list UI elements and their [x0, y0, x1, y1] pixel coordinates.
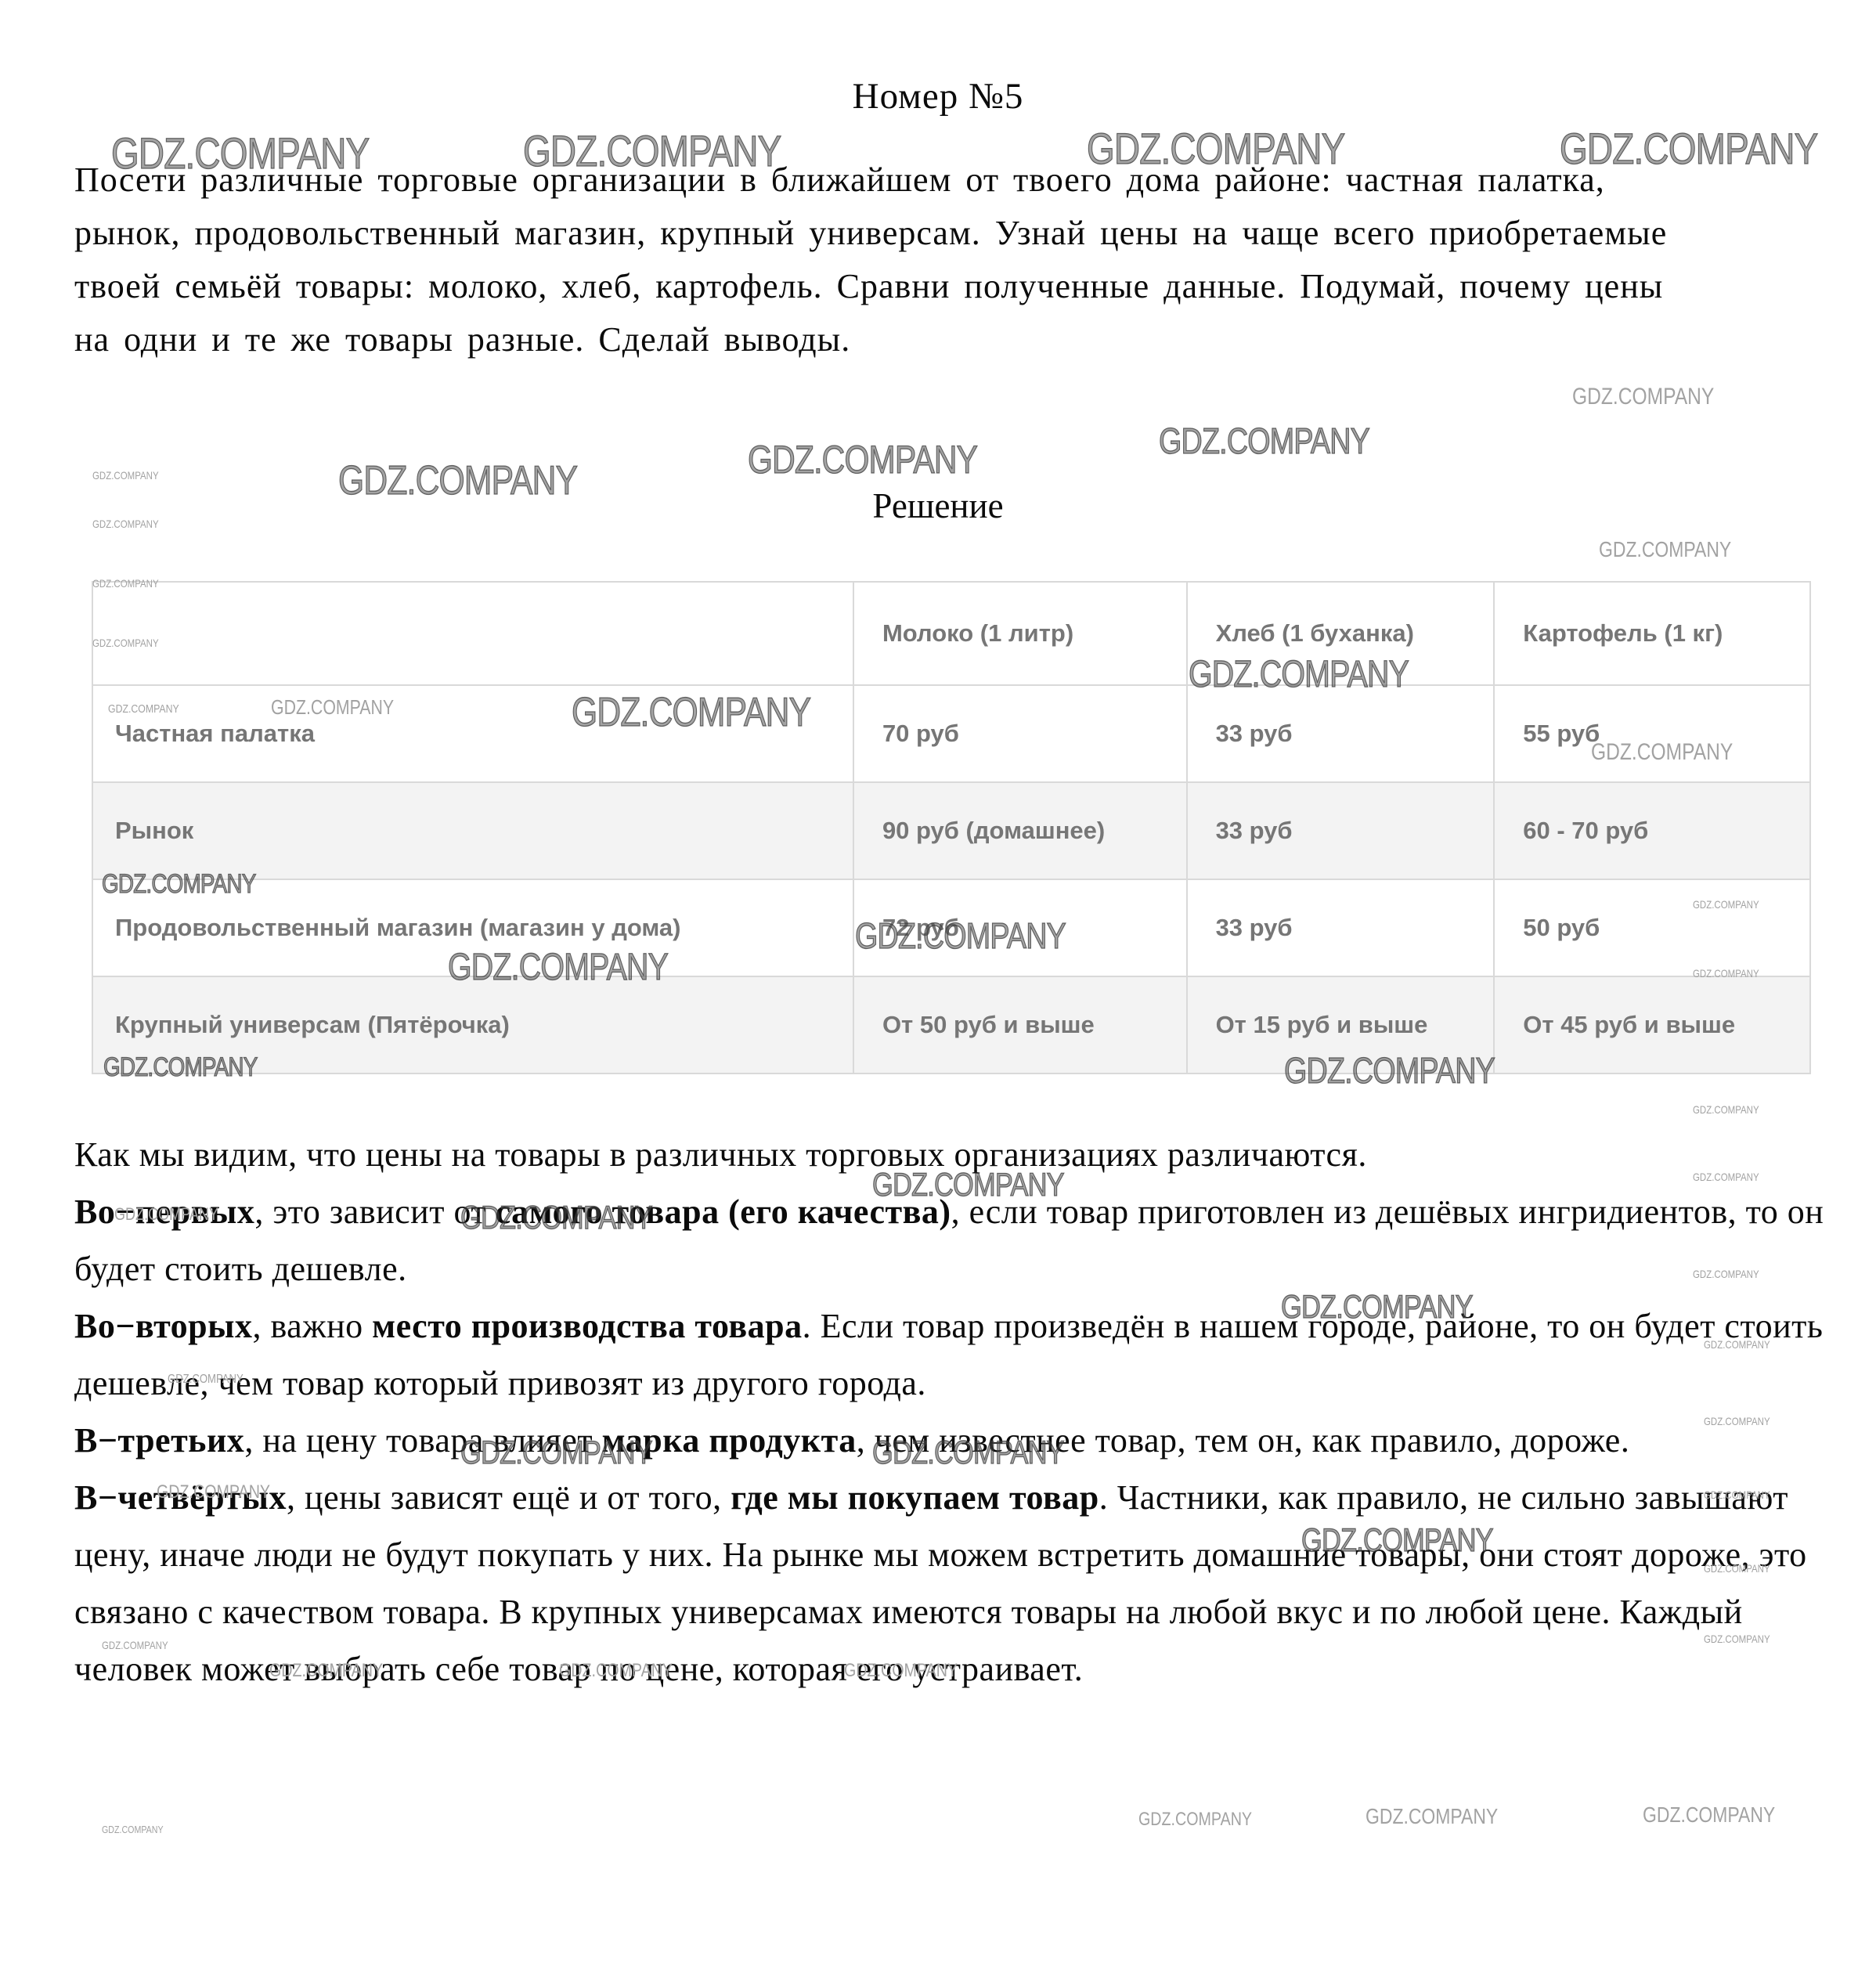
price-cell: От 15 руб и выше [1187, 976, 1495, 1074]
watermark: GDZ.COMPANY [1599, 539, 1731, 561]
row-label: Крупный универсам (Пятёрочка) [92, 976, 853, 1074]
row-label: Рынок [92, 782, 853, 879]
document-page: GDZ.COMPANYGDZ.COMPANYGDZ.COMPANYGDZ.COM… [0, 0, 1876, 1963]
bold-text-run: место производства товара [372, 1307, 802, 1345]
price-cell: 70 руб [853, 685, 1187, 782]
watermark: GDZ.COMPANY [1159, 423, 1369, 459]
watermark: GDZ.COMPANY [102, 1824, 164, 1835]
conclusion-paragraph: Во−вторых, важно место производства това… [74, 1297, 1832, 1412]
watermark: GDZ.COMPANY [1138, 1810, 1252, 1829]
column-header: Хлеб (1 буханка) [1187, 582, 1495, 685]
price-cell: 50 руб [1494, 879, 1810, 976]
price-cell: 90 руб (домашнее) [853, 782, 1187, 879]
text-run: , чем известнее товар, тем он, как прави… [857, 1421, 1630, 1460]
conclusion-paragraph: В−четвёртых, цены зависят ещё и от того,… [74, 1469, 1832, 1698]
watermark: GDZ.COMPANY [1366, 1806, 1498, 1828]
bold-text-run: В−четвёртых [74, 1478, 287, 1517]
price-cell: 60 - 70 руб [1494, 782, 1810, 879]
price-table: Молоко (1 литр)Хлеб (1 буханка)Картофель… [92, 581, 1811, 1074]
bold-text-run: Во−вторых [74, 1307, 252, 1345]
text-run: , это зависит от [254, 1193, 495, 1231]
price-cell: От 50 руб и выше [853, 976, 1187, 1074]
task-text: Посети различные торговые организации в … [74, 153, 1676, 366]
price-cell: 33 руб [1187, 685, 1495, 782]
watermark: GDZ.COMPANY [748, 440, 977, 479]
row-label: Продовольственный магазин (магазин у дом… [92, 879, 853, 976]
table-row: Частная палатка70 руб33 руб55 руб [92, 685, 1810, 782]
bold-text-run: В−третьих [74, 1421, 244, 1460]
watermark: GDZ.COMPANY [1693, 1104, 1759, 1115]
price-cell: 33 руб [1187, 879, 1495, 976]
text-run: Как мы видим, что цены на товары в разли… [74, 1135, 1367, 1174]
bold-text-run: самого товара (его качества) [496, 1193, 951, 1231]
text-run: , важно [252, 1307, 372, 1345]
watermark: GDZ.COMPANY [92, 470, 159, 481]
conclusion-paragraph: Во−первых, это зависит от самого товара … [74, 1183, 1832, 1297]
conclusion-paragraph: В−третьих, на цену товара влияет марка п… [74, 1412, 1832, 1469]
table-row: Крупный универсам (Пятёрочка)От 50 руб и… [92, 976, 1810, 1074]
table-row: Рынок90 руб (домашнее)33 руб60 - 70 руб [92, 782, 1810, 879]
price-cell: 72 руб [853, 879, 1187, 976]
price-cell: 33 руб [1187, 782, 1495, 879]
text-run: , на цену товара влияет [244, 1421, 601, 1460]
watermark: GDZ.COMPANY [1643, 1804, 1775, 1826]
conclusion-text: Как мы видим, что цены на товары в разли… [74, 1126, 1832, 1698]
watermark: GDZ.COMPANY [1572, 385, 1714, 409]
bold-text-run: марка продукта [602, 1421, 857, 1460]
price-cell: 55 руб [1494, 685, 1810, 782]
row-label: Частная палатка [92, 685, 853, 782]
corner-cell [92, 582, 853, 685]
bold-text-run: где мы покупаем товар [731, 1478, 1099, 1517]
column-header: Картофель (1 кг) [1494, 582, 1810, 685]
table-header-row: Молоко (1 литр)Хлеб (1 буханка)Картофель… [92, 582, 1810, 685]
bold-text-run: Во−первых [74, 1193, 254, 1231]
solution-heading: Решение [0, 485, 1876, 526]
table-row: Продовольственный магазин (магазин у дом… [92, 879, 1810, 976]
conclusion-paragraph: Как мы видим, что цены на товары в разли… [74, 1126, 1562, 1183]
column-header: Молоко (1 литр) [853, 582, 1187, 685]
price-cell: От 45 руб и выше [1494, 976, 1810, 1074]
text-run: , цены зависят ещё и от того, [287, 1478, 731, 1517]
page-title: Номер №5 [0, 75, 1876, 117]
